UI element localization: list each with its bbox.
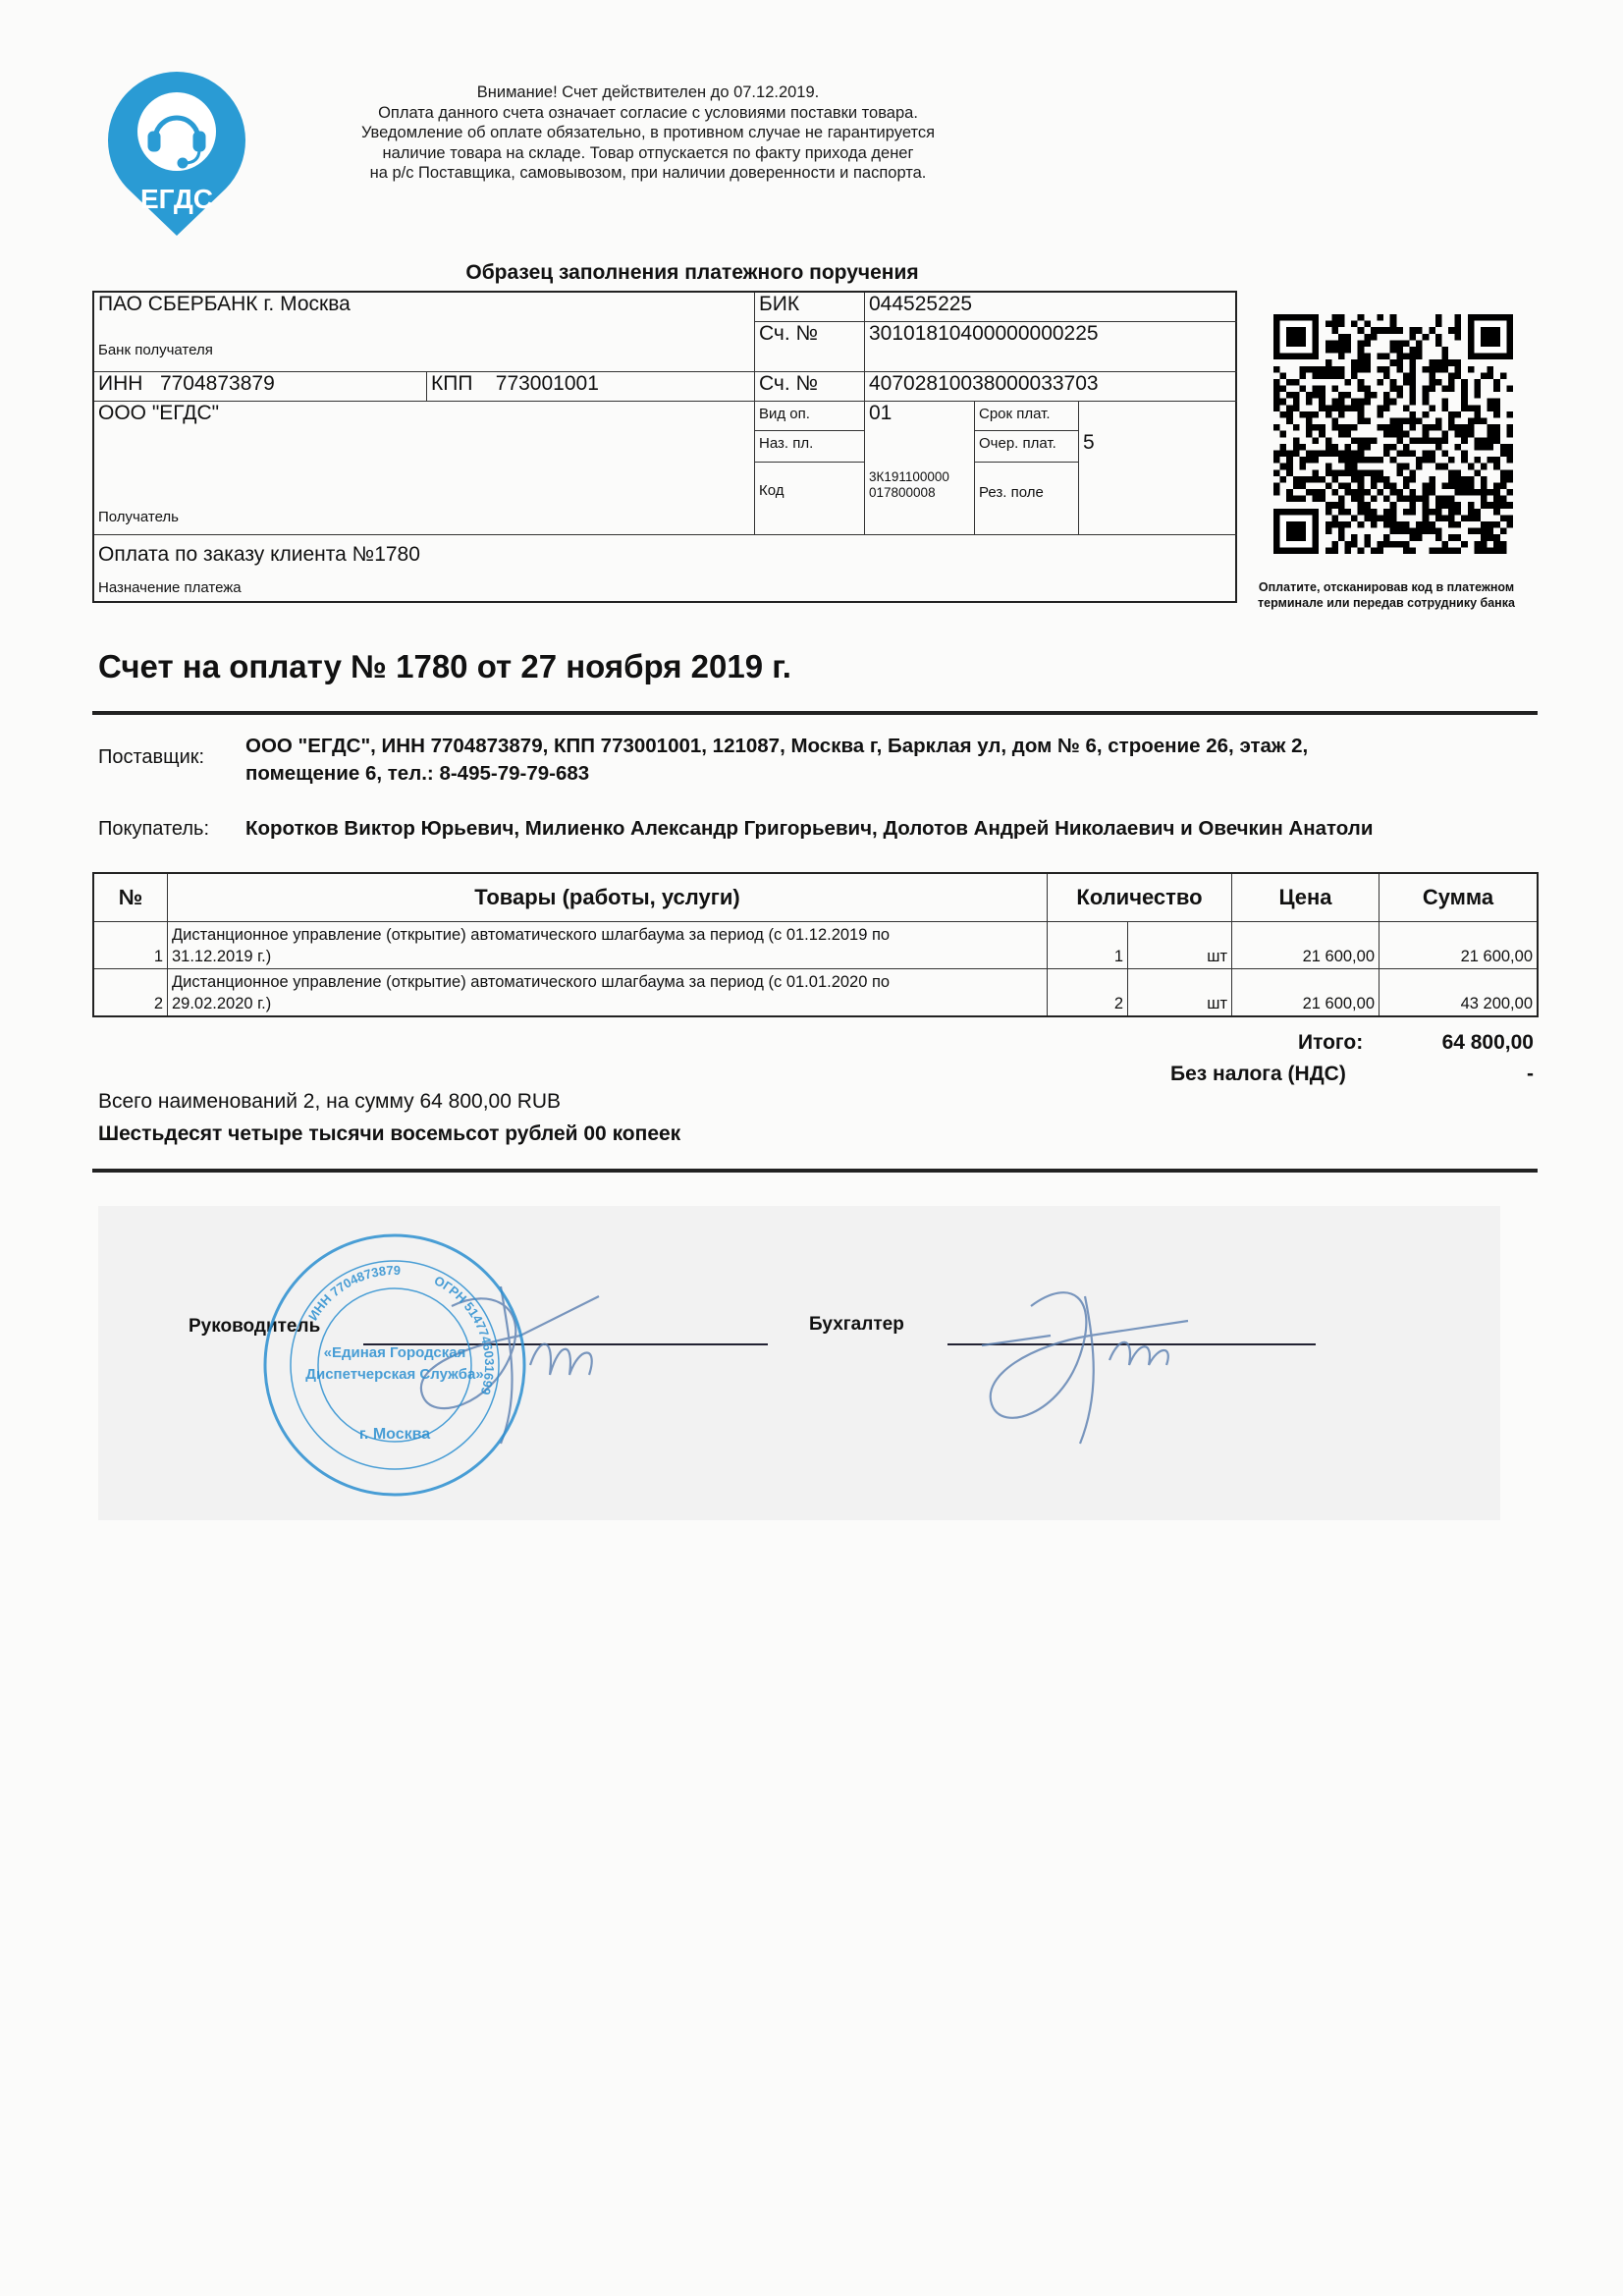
qr-caption-line: Оплатите, отсканировав код в платежном [1239, 579, 1534, 595]
vat-label: Без налога (НДС) [1170, 1063, 1346, 1086]
vid-op-value: 01 [864, 401, 974, 462]
buyer-details: Коротков Виктор Юрьевич, Милиенко Алекса… [245, 815, 1522, 843]
bik-label: БИК [754, 293, 864, 321]
row-name-line: Дистанционное управление (открытие) авто… [172, 971, 1043, 993]
kod-line: 3К191100000 [869, 469, 970, 485]
notice-line: Оплата данного счета означает согласие с… [295, 103, 1001, 124]
egds-logo: ЕГДС [98, 71, 255, 238]
supplier-line: помещение 6, тел.: 8-495-79-79-683 [245, 760, 1522, 788]
svg-text:Диспетчерская Служба»: Диспетчерская Служба» [305, 1366, 483, 1383]
items-summary: Всего наименований 2, на сумму 64 800,00… [98, 1090, 561, 1114]
buyer-label: Покупатель: [98, 818, 209, 841]
supplier-label: Поставщик: [98, 746, 204, 769]
col-header-num: № [94, 874, 167, 921]
row-qty: 2 [1047, 968, 1127, 1015]
payment-form: ПАО СБЕРБАНК г. Москва Банк получателя Б… [92, 291, 1237, 603]
svg-text:г. Москва: г. Москва [359, 1426, 430, 1443]
notice-line: Уведомление об оплате обязательно, в про… [295, 123, 1001, 143]
row-name-line: 31.12.2019 г.) [172, 946, 1043, 967]
qr-caption: Оплатите, отсканировав код в платежном т… [1239, 579, 1534, 611]
supplier-line: ООО "ЕГДС", ИНН 7704873879, КПП 77300100… [245, 733, 1522, 760]
recipient-name: ООО "ЕГДС" [94, 401, 754, 534]
row-unit: шт [1127, 968, 1231, 1015]
payment-form-title: Образец заполнения платежного поручения [93, 261, 1075, 285]
accountant-signature [972, 1267, 1267, 1453]
svg-text:«Единая Городская: «Единая Городская [324, 1344, 466, 1361]
bank-name: ПАО СБЕРБАНК г. Москва [98, 293, 351, 316]
col-header-price: Цена [1231, 874, 1379, 921]
inn-label: ИНН [98, 372, 142, 395]
bank-label: Банк получателя [98, 342, 213, 358]
notice-line: наличие товара на складе. Товар отпускае… [295, 143, 1001, 164]
row-name-line: 29.02.2020 г.) [172, 993, 1043, 1014]
purpose-value: Оплата по заказу клиента №1780 [94, 534, 1237, 603]
inn-field: ИНН 7704873879 [94, 371, 426, 401]
divider [92, 711, 1538, 715]
notice-line: Внимание! Счет действителен до 07.12.201… [295, 82, 1001, 103]
row-unit: шт [1127, 921, 1231, 968]
accountant-label: Бухгалтер [809, 1314, 904, 1336]
row-price: 21 600,00 [1231, 968, 1379, 1015]
supplier-details: ООО "ЕГДС", ИНН 7704873879, КПП 77300100… [245, 733, 1522, 788]
row-price: 21 600,00 [1231, 921, 1379, 968]
col-header-qty: Количество [1047, 874, 1231, 921]
invoice-title: Счет на оплату № 1780 от 27 ноября 2019 … [98, 648, 791, 685]
amount-in-words: Шестьдесят четыре тысячи восемьсот рубле… [98, 1122, 680, 1146]
qr-caption-line: терминале или передав сотруднику банка [1239, 595, 1534, 611]
row-num: 2 [94, 968, 167, 1015]
kod-value: 3К191100000 017800008 [864, 462, 974, 534]
corr-account-value: 30101810400000000225 [864, 321, 1237, 371]
ocher-label: Очер. плат. [974, 430, 1078, 462]
account-value: 40702810038000033703 [864, 371, 1237, 401]
srok-label: Срок плат. [974, 401, 1078, 430]
col-header-name: Товары (работы, услуги) [167, 874, 1047, 921]
row-name: Дистанционное управление (открытие) авто… [167, 968, 1047, 1015]
col-header-sum: Сумма [1379, 874, 1537, 921]
row-name-line: Дистанционное управление (открытие) авто… [172, 924, 1043, 946]
vid-op-label: Вид оп. [754, 401, 864, 430]
row-qty: 1 [1047, 921, 1127, 968]
row-sum: 21 600,00 [1379, 921, 1537, 968]
kpp-field: КПП 773001001 [426, 371, 754, 401]
company-stamp: ИНН 7704873879 ОГРН 5147746031699 «Едина… [257, 1228, 532, 1503]
kod-label: Код [754, 462, 864, 534]
row-sum: 43 200,00 [1379, 968, 1537, 1015]
bik-value: 044525225 [864, 293, 1237, 321]
validity-notice: Внимание! Счет действителен до 07.12.201… [295, 82, 1001, 184]
items-table: № Товары (работы, услуги) Количество Цен… [92, 872, 1539, 1017]
vat-value: - [1473, 1063, 1534, 1086]
account-label: Сч. № [754, 371, 864, 401]
payment-qr-code [1273, 314, 1513, 554]
total-label: Итого: [1298, 1031, 1363, 1055]
divider [92, 1169, 1538, 1173]
recipient-label: Получатель [98, 509, 179, 525]
naz-pl-label: Наз. пл. [754, 430, 864, 462]
notice-line: на р/с Поставщика, самовывозом, при нали… [295, 163, 1001, 184]
purpose-label: Назначение платежа [98, 579, 242, 596]
rez-label: Рез. поле [974, 462, 1078, 534]
svg-text:ЕГДС: ЕГДС [140, 184, 213, 214]
kod-line: 017800008 [869, 485, 970, 501]
corr-account-label: Сч. № [754, 321, 864, 371]
row-name: Дистанционное управление (открытие) авто… [167, 921, 1047, 968]
kpp-value: 773001001 [496, 372, 599, 395]
row-num: 1 [94, 921, 167, 968]
kpp-label: КПП [431, 372, 472, 395]
total-value: 64 800,00 [1404, 1031, 1534, 1055]
inn-value: 7704873879 [160, 372, 275, 395]
ocher-value: 5 [1078, 401, 1237, 534]
